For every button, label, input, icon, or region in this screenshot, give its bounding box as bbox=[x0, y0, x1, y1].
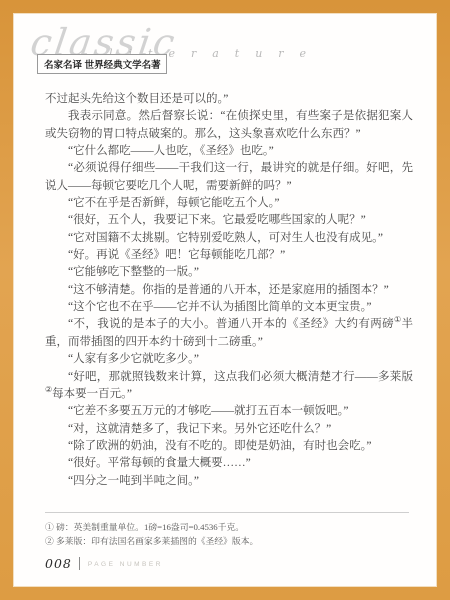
page-footer: 008 PAGE NUMBER bbox=[45, 554, 163, 572]
page-number: 008 bbox=[45, 556, 72, 571]
paragraph: “它不在乎是否新鲜，每顿它能吃五个人。” bbox=[45, 195, 413, 212]
footer-divider bbox=[79, 557, 80, 570]
page-content: classic literature 名家名译 世界经典文学名著 不过起头先给这… bbox=[13, 13, 437, 587]
footnote-divider bbox=[45, 512, 409, 513]
paragraph: “对，这就清楚多了，我记下来。另外它还吃什么？” bbox=[45, 421, 413, 438]
paragraph: “除了欧洲的奶油，没有不吃的。即使是奶油，有时也会吃。” bbox=[45, 438, 413, 455]
series-label: 名家名译 世界经典文学名著 bbox=[37, 54, 167, 74]
paragraph: “这不够清楚。你指的是普通的八开本，还是家庭用的插图本？” bbox=[45, 282, 413, 299]
paragraph: “好吧，那就照钱数来计算，这点我们必须大概清楚才行——多莱版②每本要一百元。” bbox=[45, 369, 413, 404]
paragraph: “人家有多少它就吃多少。” bbox=[45, 351, 413, 368]
paragraph: “四分之一吨到半吨之间。” bbox=[45, 473, 413, 490]
paragraph: “很好，五个人，我要记下来。它最爱吃哪些国家的人呢？” bbox=[45, 212, 413, 229]
book-page-frame: classic literature 名家名译 世界经典文学名著 不过起头先给这… bbox=[0, 0, 450, 600]
paragraph: “必须说得仔细些——干我们这一行，最讲究的就是仔细。好吧，先说人——每顿它要吃几… bbox=[45, 160, 413, 195]
paragraph: “它差不多要五万元的才够吃——就打五百本一顿饭吧。” bbox=[45, 403, 413, 420]
paragraph: “好。再说《圣经》吧！它每顿能吃几部？” bbox=[45, 247, 413, 264]
footnote: ② 多莱版：印有法国名画家多莱插图的《圣经》版本。 bbox=[45, 535, 409, 549]
paragraph: 不过起头先给这个数目还是可以的。” bbox=[45, 91, 413, 108]
paragraph: “它对国籍不太挑剔。它特别爱吃熟人，可对生人也没有成见。” bbox=[45, 230, 413, 247]
footnote: ① 磅：英美制重量单位。1磅=16盎司=0.4536千克。 bbox=[45, 521, 409, 535]
paragraph: 我表示同意。然后督察长说：“在侦探史里，有些案子是依据犯案人或失窃物的胃口特点破… bbox=[45, 108, 413, 143]
paragraph: “它什么都吃——人也吃，《圣经》也吃。” bbox=[45, 143, 413, 160]
paragraph: “它能够吃下整整的一版。” bbox=[45, 264, 413, 281]
body-text: 不过起头先给这个数目还是可以的。”我表示同意。然后督察长说：“在侦探史里，有些案… bbox=[45, 91, 413, 490]
paragraph: “不，我说的是本子的大小。普通八开本的《圣经》大约有两磅①半重，而带插图的四开本… bbox=[45, 316, 413, 351]
paragraph: “很好。平常每顿的食量大概要……” bbox=[45, 455, 413, 472]
book-page: classic literature 名家名译 世界经典文学名著 不过起头先给这… bbox=[13, 13, 437, 587]
paragraph: “这个它也不在乎——它并不认为插图比简单的文本更宝贵。” bbox=[45, 299, 413, 316]
page-number-caption: PAGE NUMBER bbox=[88, 559, 163, 568]
footnotes: ① 磅：英美制重量单位。1磅=16盎司=0.4536千克。② 多莱版：印有法国名… bbox=[45, 521, 409, 548]
